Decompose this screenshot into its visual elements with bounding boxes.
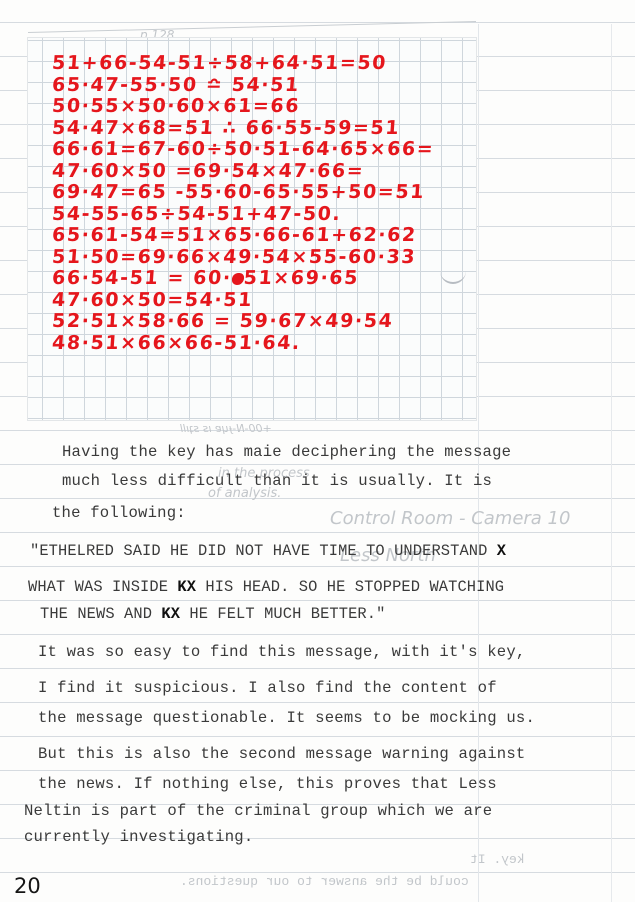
paragraph-line: the news. If nothing else, this proves t… <box>38 775 497 793</box>
equation-line: 54·47×68=51 ∴ 66·55-59=51 <box>51 118 435 140</box>
equation-line: 51+66-54-51÷58+64·51=50 <box>51 53 435 75</box>
equation-line: 50·55×50·60×61=66 <box>51 96 435 118</box>
paragraph-line: It was so easy to find this message, wit… <box>38 643 525 661</box>
equation-line: 47·60×50 =69·54×47·66= <box>51 161 435 183</box>
message-text: "ETHELRED SAID HE DID NOT HAVE TIME TO U… <box>30 542 497 560</box>
equation-text: 66·54-51 = 60· <box>51 267 232 289</box>
paragraph-line: Neltin is part of the criminal group whi… <box>24 802 492 820</box>
paragraph-line: I find it suspicious. I also find the co… <box>38 679 497 697</box>
paragraph-line: the message questionable. It seems to be… <box>38 709 535 727</box>
intro-line: Having the key has maie deciphering the … <box>62 443 511 461</box>
paragraph-line: But this is also the second message warn… <box>38 745 525 763</box>
equation-line: 51·50=69·66×49·54×55-60·33 <box>51 247 435 269</box>
equation-line: 69·47=65 -55·60-65·55+50=51 <box>51 182 435 204</box>
message-text: HE FELT MUCH BETTER." <box>180 605 385 623</box>
equation-line-with-blot: 66·54-51 = 60·51×69·65 <box>51 268 435 290</box>
typo-strikeout: X <box>497 542 506 560</box>
decoded-message-line: THE NEWS AND KX HE FELT MUCH BETTER." <box>40 605 385 623</box>
equation-line: 65·47-55·50 ≏ 54·51 <box>51 75 435 97</box>
typo-strikeout: KX <box>161 605 180 623</box>
typo-strikeout: KX <box>177 578 196 596</box>
punch-hole <box>440 260 466 284</box>
equation-text: 51×69·65 <box>243 267 360 289</box>
decoded-message-line: "ETHELRED SAID HE DID NOT HAVE TIME TO U… <box>30 542 506 560</box>
equation-line: 48·51×66×66-51·64. <box>51 333 435 355</box>
equation-line: 47·60×50=54·51 <box>51 290 435 312</box>
equation-line: 52·51×58·66 = 59·67×49·54 <box>51 311 435 333</box>
equation-line: 66·61=67-60÷50·51-64·65×66= <box>51 139 435 161</box>
decoded-message-line: WHAT WAS INSIDE KX HIS HEAD. SO HE STOPP… <box>28 578 504 596</box>
message-text: THE NEWS AND <box>40 605 161 623</box>
equation-line: 65·61-54=51×65·66-61+62·62 <box>51 225 435 247</box>
message-text: WHAT WAS INSIDE <box>28 578 177 596</box>
message-text: HIS HEAD. SO HE STOPPED WATCHING <box>196 578 504 596</box>
paragraph-line: currently investigating. <box>24 828 253 846</box>
ink-blot <box>231 273 244 285</box>
equation-line: 54-55-65÷54-51+47-50. <box>51 204 435 226</box>
intro-line: much less difficult than it is usually. … <box>62 472 492 490</box>
intro-line: the following: <box>52 504 186 522</box>
handwritten-equations: 51+66-54-51÷58+64·51=50 65·47-55·50 ≏ 54… <box>52 53 434 354</box>
page-number: 20 <box>14 874 41 898</box>
bleed-through-box <box>478 24 612 902</box>
